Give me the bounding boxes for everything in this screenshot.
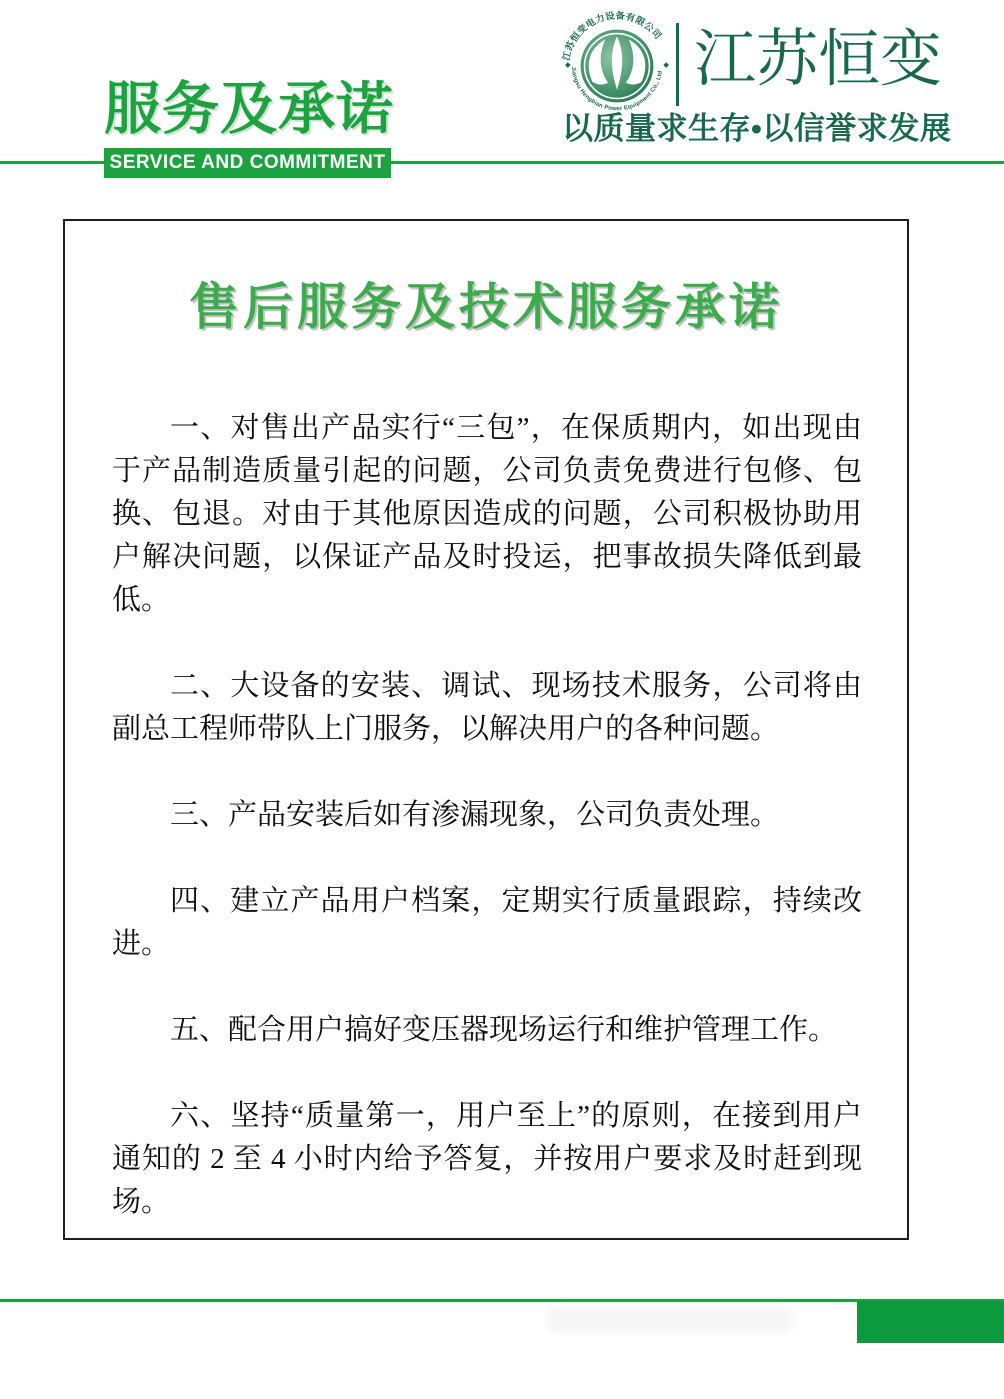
page-title: 服务及承诺: [104, 78, 394, 140]
document-body: 一、对售出产品实行“三包”，在保质期内，如出现由于产品制造质量引起的问题，公司负…: [112, 407, 862, 1224]
paragraph-2: 二、大设备的安装、调试、现场技术服务，公司将由副总工程师带队上门服务，以解决用户…: [112, 665, 862, 751]
section-title-bar: SERVICE AND COMMITMENT: [104, 148, 391, 178]
brand-name: 江苏恒变: [694, 24, 942, 96]
paragraph-4: 四、建立产品用户档案，定期实行质量跟踪，持续改进。: [112, 880, 862, 966]
paragraph-3: 三、产品安装后如有渗漏现象，公司负责处理。: [112, 794, 862, 837]
paragraph-6: 六、坚持“质量第一，用户至上”的原则，在接到用户通知的 2 至 4 小时内给予答…: [112, 1095, 862, 1224]
commitment-box: 售后服务及技术服务承诺 一、对售出产品实行“三包”，在保质期内，如出现由于产品制…: [63, 219, 909, 1240]
footer-faint-mark: [545, 1307, 795, 1334]
footer-accent-block: [857, 1301, 1004, 1343]
footer-divider-line: [0, 1299, 1004, 1302]
brand-slogan: 以质量求生存•以信誉求发展: [562, 110, 951, 148]
paragraph-1: 一、对售出产品实行“三包”，在保质期内，如出现由于产品制造质量引起的问题，公司负…: [112, 407, 862, 622]
brand-divider-line: [676, 23, 679, 106]
brochure-page: 服务及承诺 SERVICE AND COMMITMENT 江苏恒变电力设备有限公…: [0, 0, 1004, 1399]
section-title-english: SERVICE AND COMMITMENT: [110, 152, 386, 174]
document-title: 售后服务及技术服务承诺: [75, 279, 897, 335]
paragraph-5: 五、配合用户搞好变压器现场运行和维护管理工作。: [112, 1009, 862, 1052]
